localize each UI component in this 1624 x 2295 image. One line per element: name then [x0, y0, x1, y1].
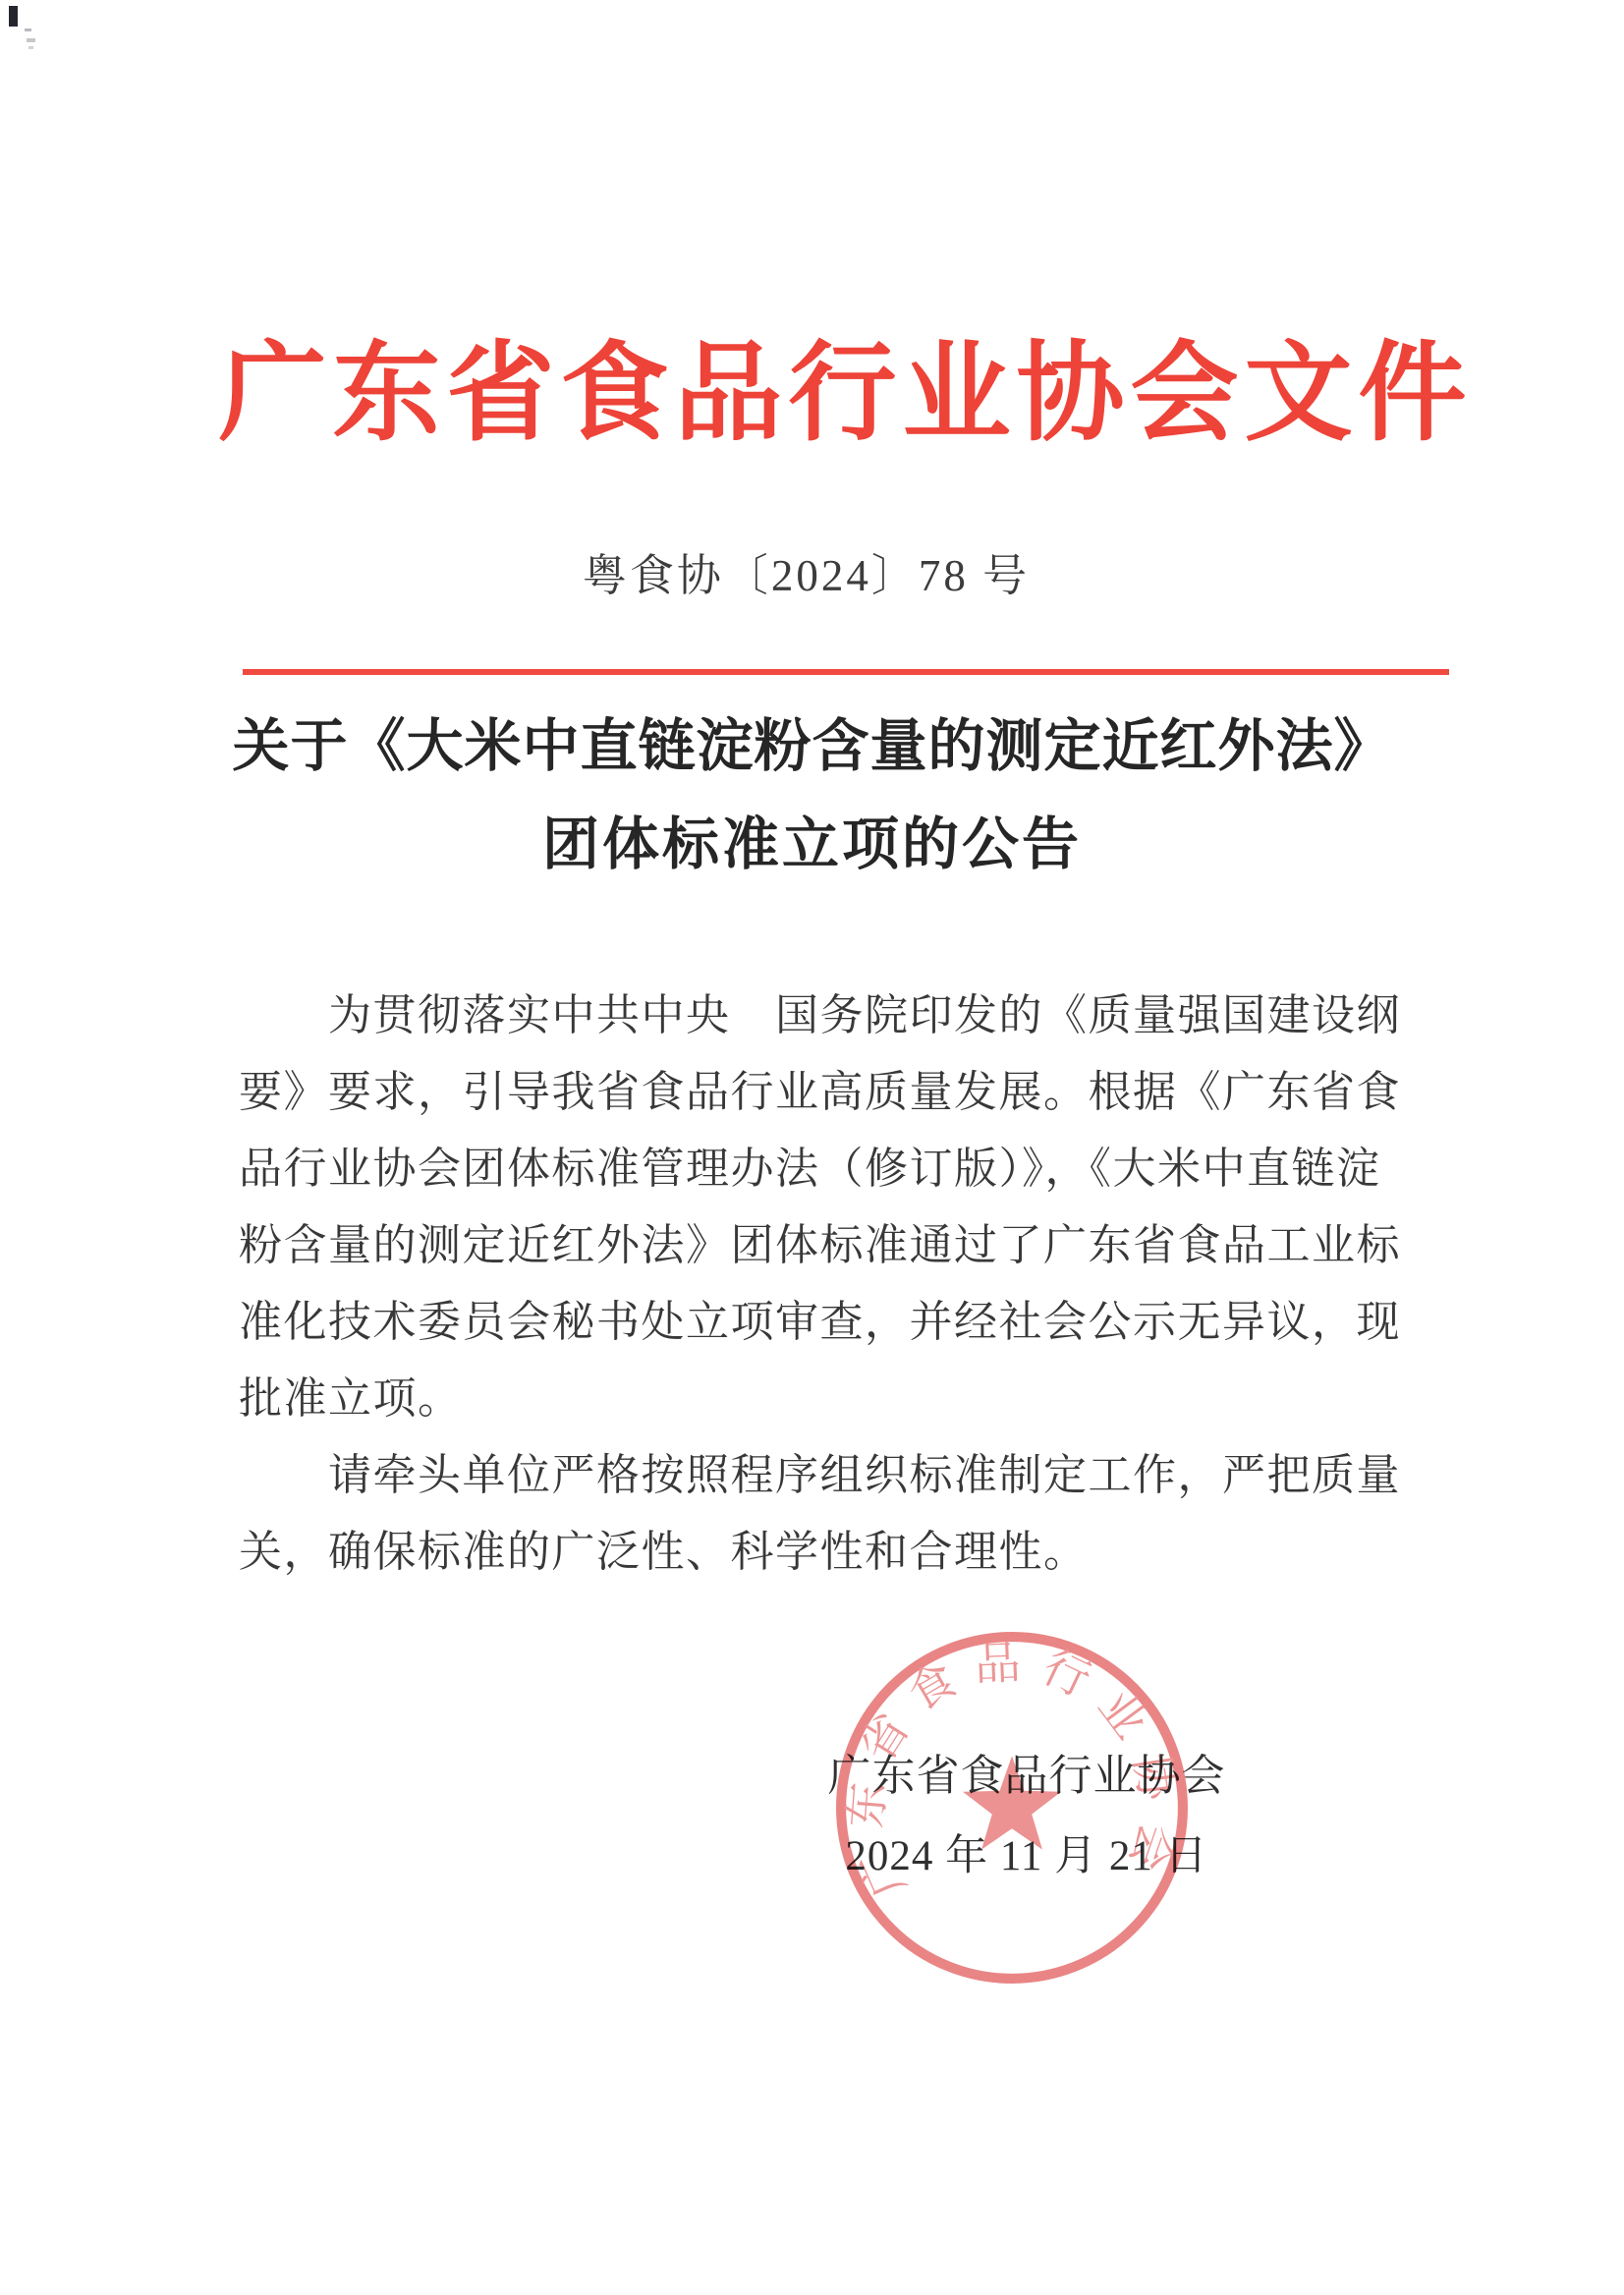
- official-seal: 广东省食品行业协会: [835, 1631, 1189, 1985]
- scan-artifact-mark: [28, 46, 33, 49]
- body-text-line: 为贯彻落实中共中央 国务院印发的《质量强国建设纲: [239, 978, 1457, 1054]
- body-text: 为贯彻落实中共中央 国务院印发的《质量强国建设纲要》要求，引导我省食品行业高质量…: [239, 978, 1457, 1591]
- letterhead-title: 广东省食品行业协会文件: [33, 326, 1624, 462]
- body-text-line: 要》要求，引导我省食品行业高质量发展。根据《广东省食: [239, 1054, 1457, 1131]
- body-text-line: 批准立项。: [239, 1361, 1457, 1437]
- seal-star-icon: [963, 1756, 1061, 1849]
- document-title-line1: 关于《大米中直链淀粉含量的测定近红外法》: [0, 709, 1624, 784]
- scan-artifact-mark: [25, 28, 31, 31]
- document-title-line2: 团体标准立项的公告: [0, 808, 1624, 882]
- body-text-line: 请牵头单位严格按照程序组织标准制定工作，严把质量: [239, 1437, 1457, 1514]
- scan-artifact-mark: [27, 38, 35, 42]
- letterhead-red-rule: [243, 669, 1449, 675]
- body-text-line: 关，确保标准的广泛性、科学性和合理性。: [239, 1514, 1457, 1591]
- document-title: 关于《大米中直链淀粉含量的测定近红外法》 团体标准立项的公告: [0, 709, 1624, 882]
- body-text-line: 准化技术委员会秘书处立项审查，并经社会公示无异议，现: [239, 1284, 1457, 1361]
- body-text-line: 粉含量的测定近红外法》团体标准通过了广东省食品工业标: [239, 1207, 1457, 1284]
- scanned-official-document: 广东省食品行业协会文件 粤食协〔2024〕78 号 关于《大米中直链淀粉含量的测…: [0, 0, 1624, 2295]
- document-number: 粤食协〔2024〕78 号: [0, 541, 1618, 610]
- body-text-line: 品行业协会团体标准管理办法（修订版）》，《大米中直链淀: [239, 1131, 1457, 1207]
- scan-artifact-mark: [9, 6, 18, 27]
